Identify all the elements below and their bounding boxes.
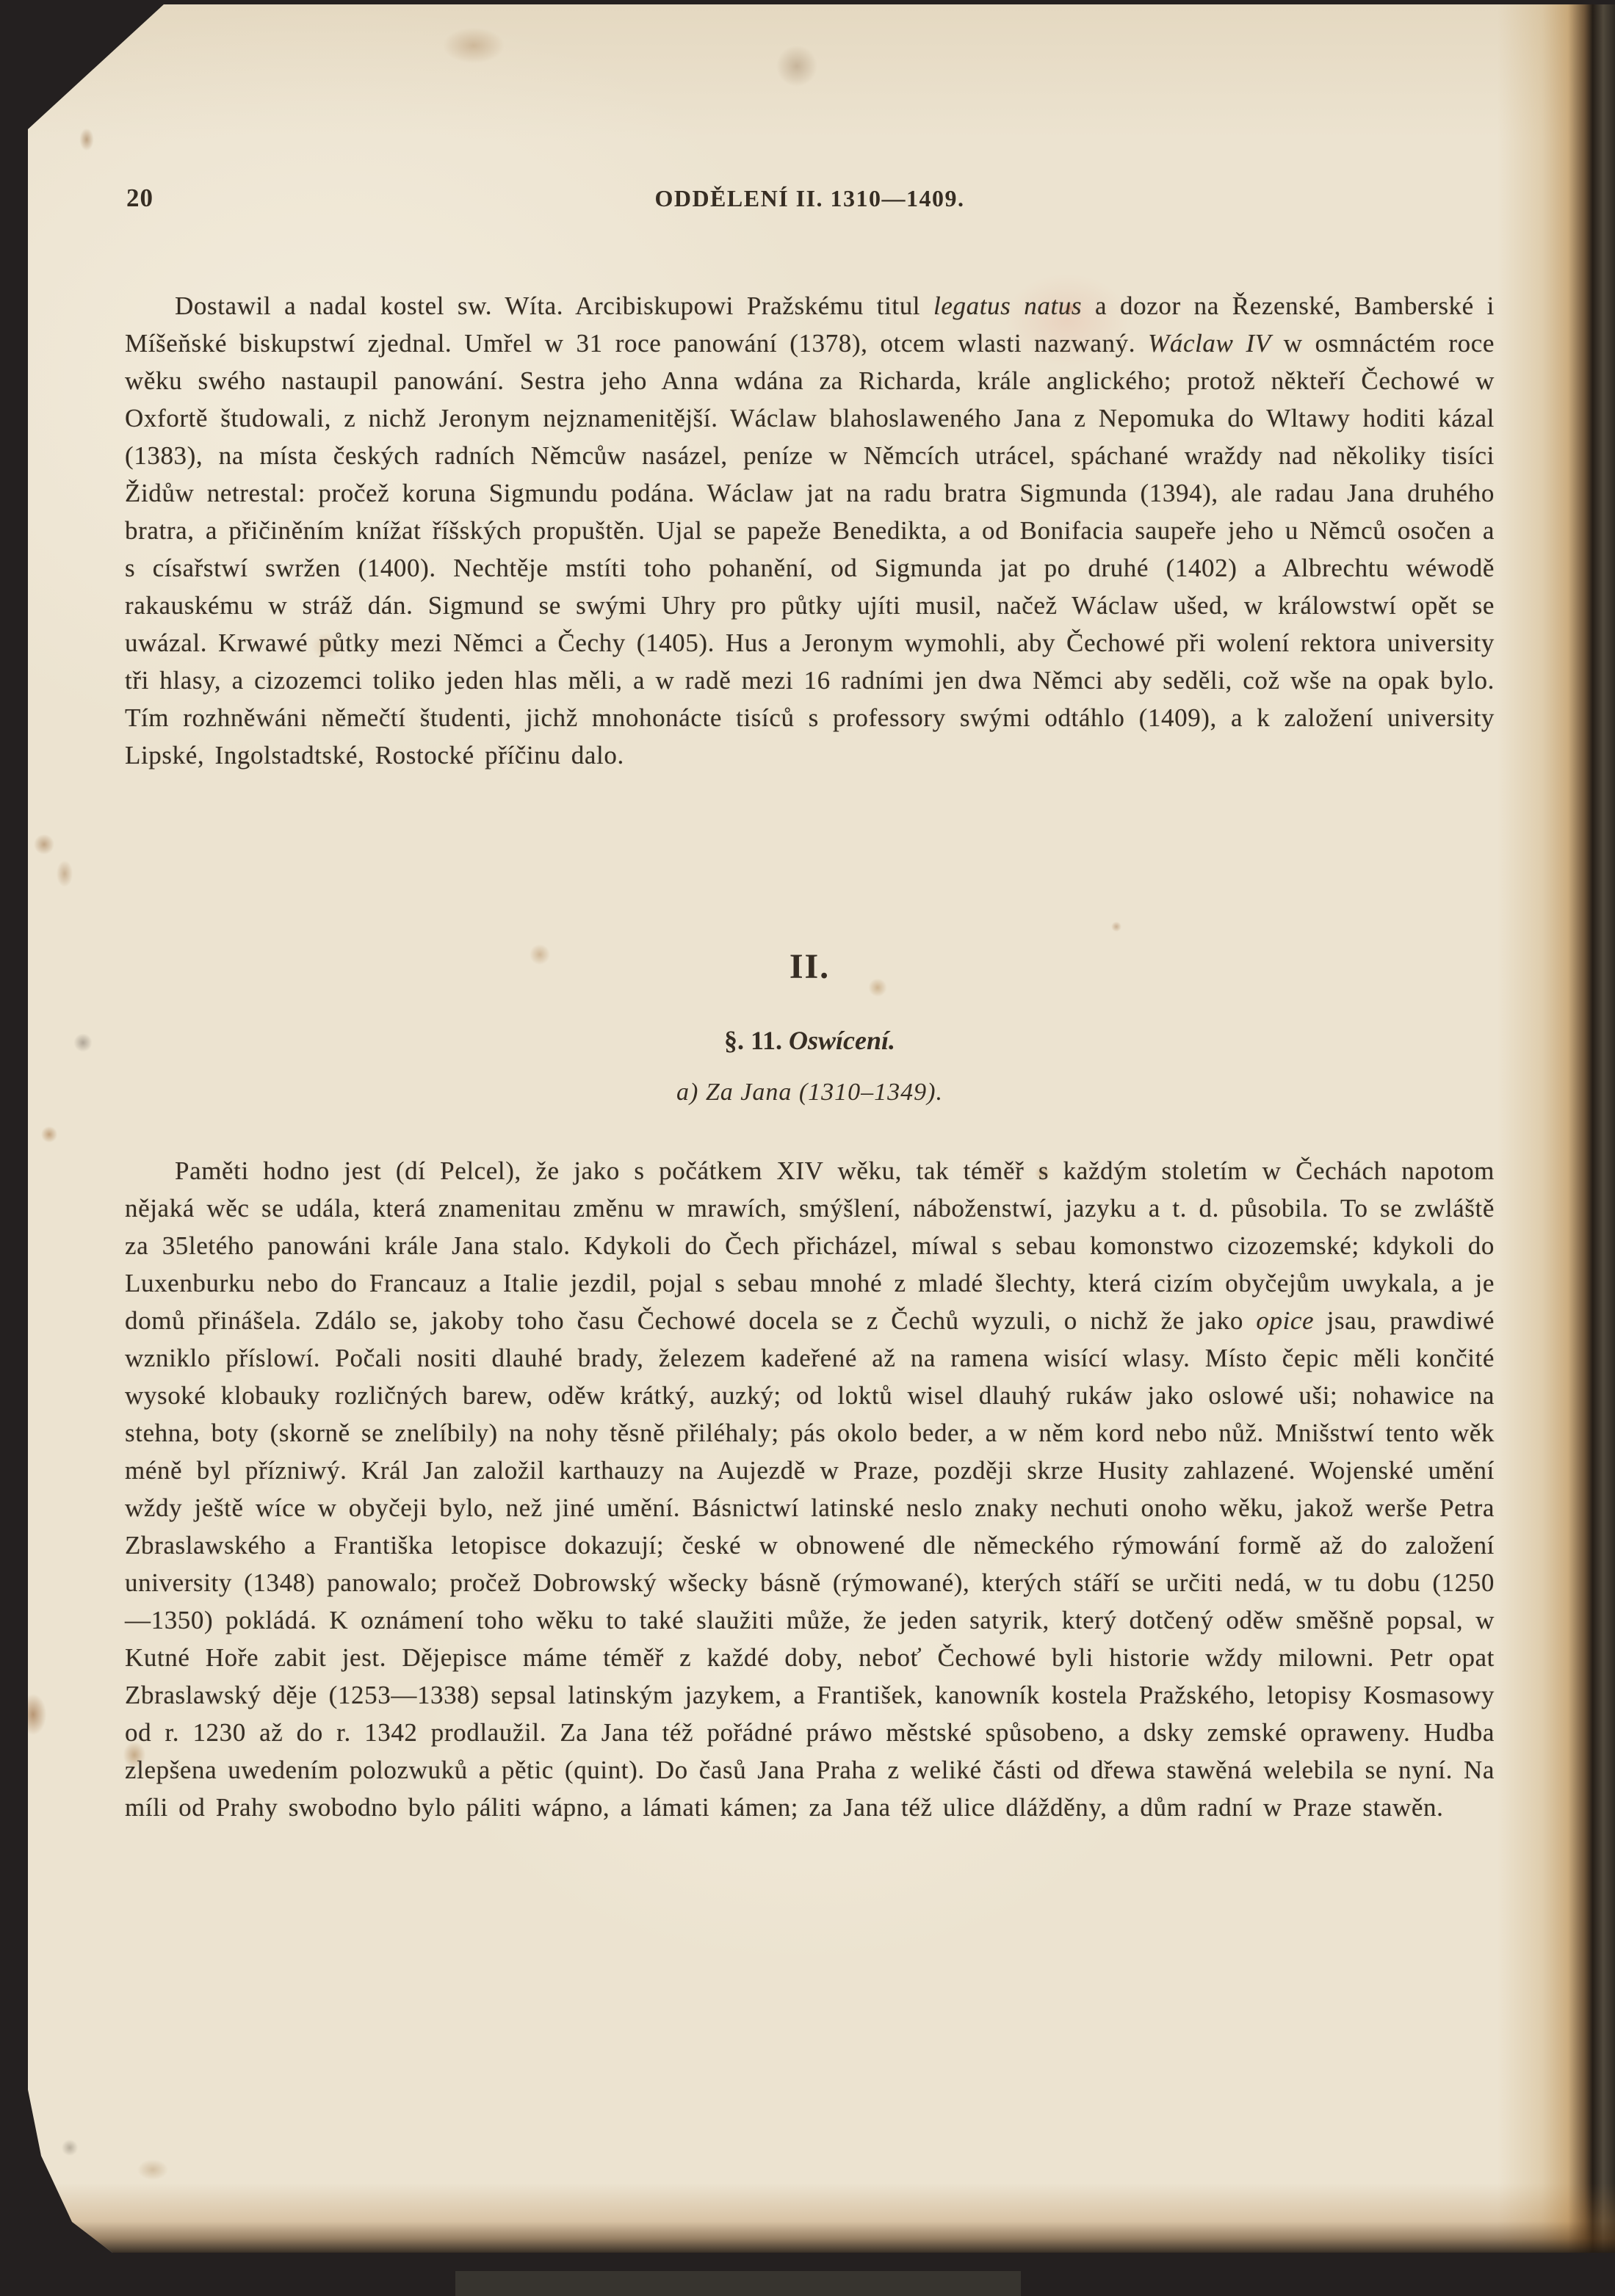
chapter-numeral-heading: II. — [125, 946, 1495, 987]
page-edge-shadow — [1497, 4, 1615, 2253]
subsection-heading: a) Za Jana (1310–1349). — [125, 1079, 1495, 1107]
section-title: Oswícení. — [789, 1026, 895, 1055]
body-paragraph-1: Dostawil a nadal kostel sw. Wíta. Arcibi… — [125, 287, 1495, 774]
book-page: 20 ODDĚLENÍ II. 1310—1409. Dostawil a na… — [28, 4, 1615, 2253]
running-header-title: ODDĚLENÍ II. 1310—1409. — [125, 185, 1495, 212]
section-number: §. 11. — [724, 1026, 789, 1055]
scanned-book-page-screenshot: { "colors":{ "background":"#242020", "pa… — [0, 0, 1615, 2296]
body-paragraph-2: Paměti hodno jest (dí Pelcel), že jako s… — [125, 1152, 1495, 1826]
section-heading: §. 11. Oswícení. — [125, 1025, 1495, 1056]
scanner-bed-artifact — [455, 2271, 1021, 2296]
page-content: 20 ODDĚLENÍ II. 1310—1409. Dostawil a na… — [125, 4, 1495, 2253]
running-header: 20 ODDĚLENÍ II. 1310—1409. — [125, 184, 1495, 217]
